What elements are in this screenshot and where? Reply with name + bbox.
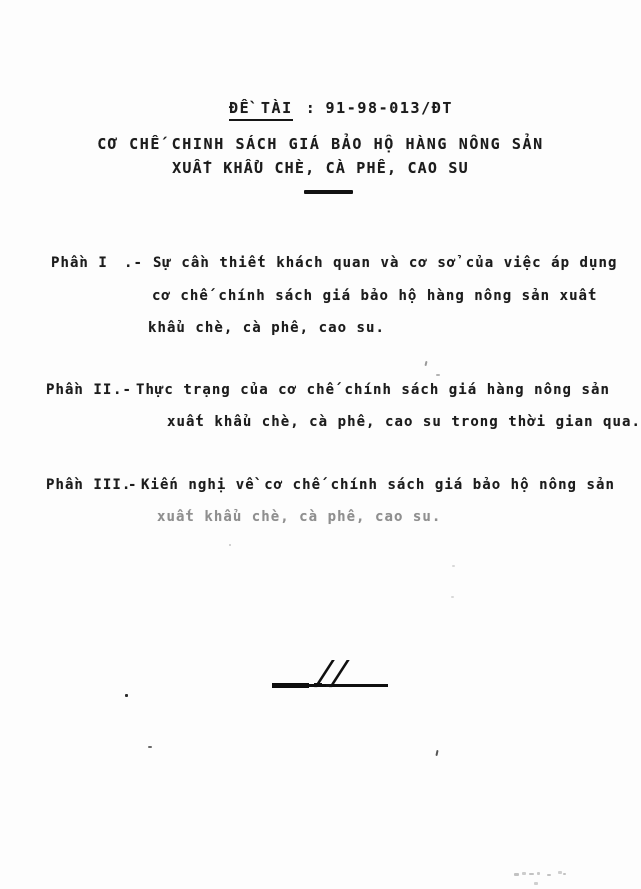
scan-noise [514, 873, 519, 876]
scan-noise [522, 872, 526, 875]
scan-speck [436, 374, 440, 376]
scan-speck [435, 750, 438, 756]
section-3-line-1: Kiến nghị về cơ chế chính sách giá bảo h… [141, 477, 615, 493]
topic-label: ĐỀ TÀI [229, 99, 293, 121]
scan-speck [148, 746, 152, 748]
section-1-line-3: khẩu chè, cà phê, cao su. [148, 320, 385, 336]
scan-noise [563, 873, 566, 875]
section-1-marker: .- [124, 255, 143, 271]
scan-speck [229, 544, 231, 546]
scan-speck [452, 565, 455, 567]
topic-separator: : [306, 99, 317, 117]
document-title-line-1: CƠ CHẾ CHINH SÁCH GIÁ BẢO HỘ HÀNG NÔNG S… [0, 135, 641, 153]
section-3-marker: - [128, 477, 137, 493]
end-mark: // [313, 653, 348, 692]
scan-noise [529, 873, 534, 875]
scan-noise [537, 872, 540, 875]
topic-line: ĐỀ TÀI:91-98-013/ĐT [229, 99, 453, 121]
section-1-label: Phần I [51, 255, 108, 271]
topic-code: 91-98-013/ĐT [325, 99, 453, 117]
scan-speck [451, 596, 454, 598]
scanned-document-page: ĐỀ TÀI:91-98-013/ĐT CƠ CHẾ CHINH SÁCH GI… [0, 0, 641, 889]
document-title-line-2: XUẤT KHẨU CHÈ, CÀ PHÊ, CAO SU [0, 159, 641, 177]
section-1-line-1: Sự cần thiết khách quan và cơ sở của việ… [153, 255, 617, 271]
scan-speck [424, 361, 427, 366]
scan-speck [125, 694, 128, 697]
section-2-line-1: Thực trạng của cơ chế chính sách giá hàn… [136, 382, 610, 398]
section-1-line-2: cơ chế chính sách giá bảo hộ hàng nông s… [152, 288, 598, 304]
page-end-divider: // [270, 656, 402, 704]
section-2-label: Phần II [46, 382, 112, 398]
scan-noise [534, 882, 538, 885]
section-3-label: Phần III. [46, 477, 131, 493]
scan-noise [547, 874, 551, 876]
section-2-line-2: xuất khẩu chè, cà phê, cao su trong thời… [167, 414, 641, 430]
section-3-line-2: xuất khẩu chè, cà phê, cao su. [157, 509, 441, 525]
title-underline-rule [304, 190, 353, 194]
scan-noise [558, 871, 562, 874]
section-2-marker: .- [113, 382, 132, 398]
